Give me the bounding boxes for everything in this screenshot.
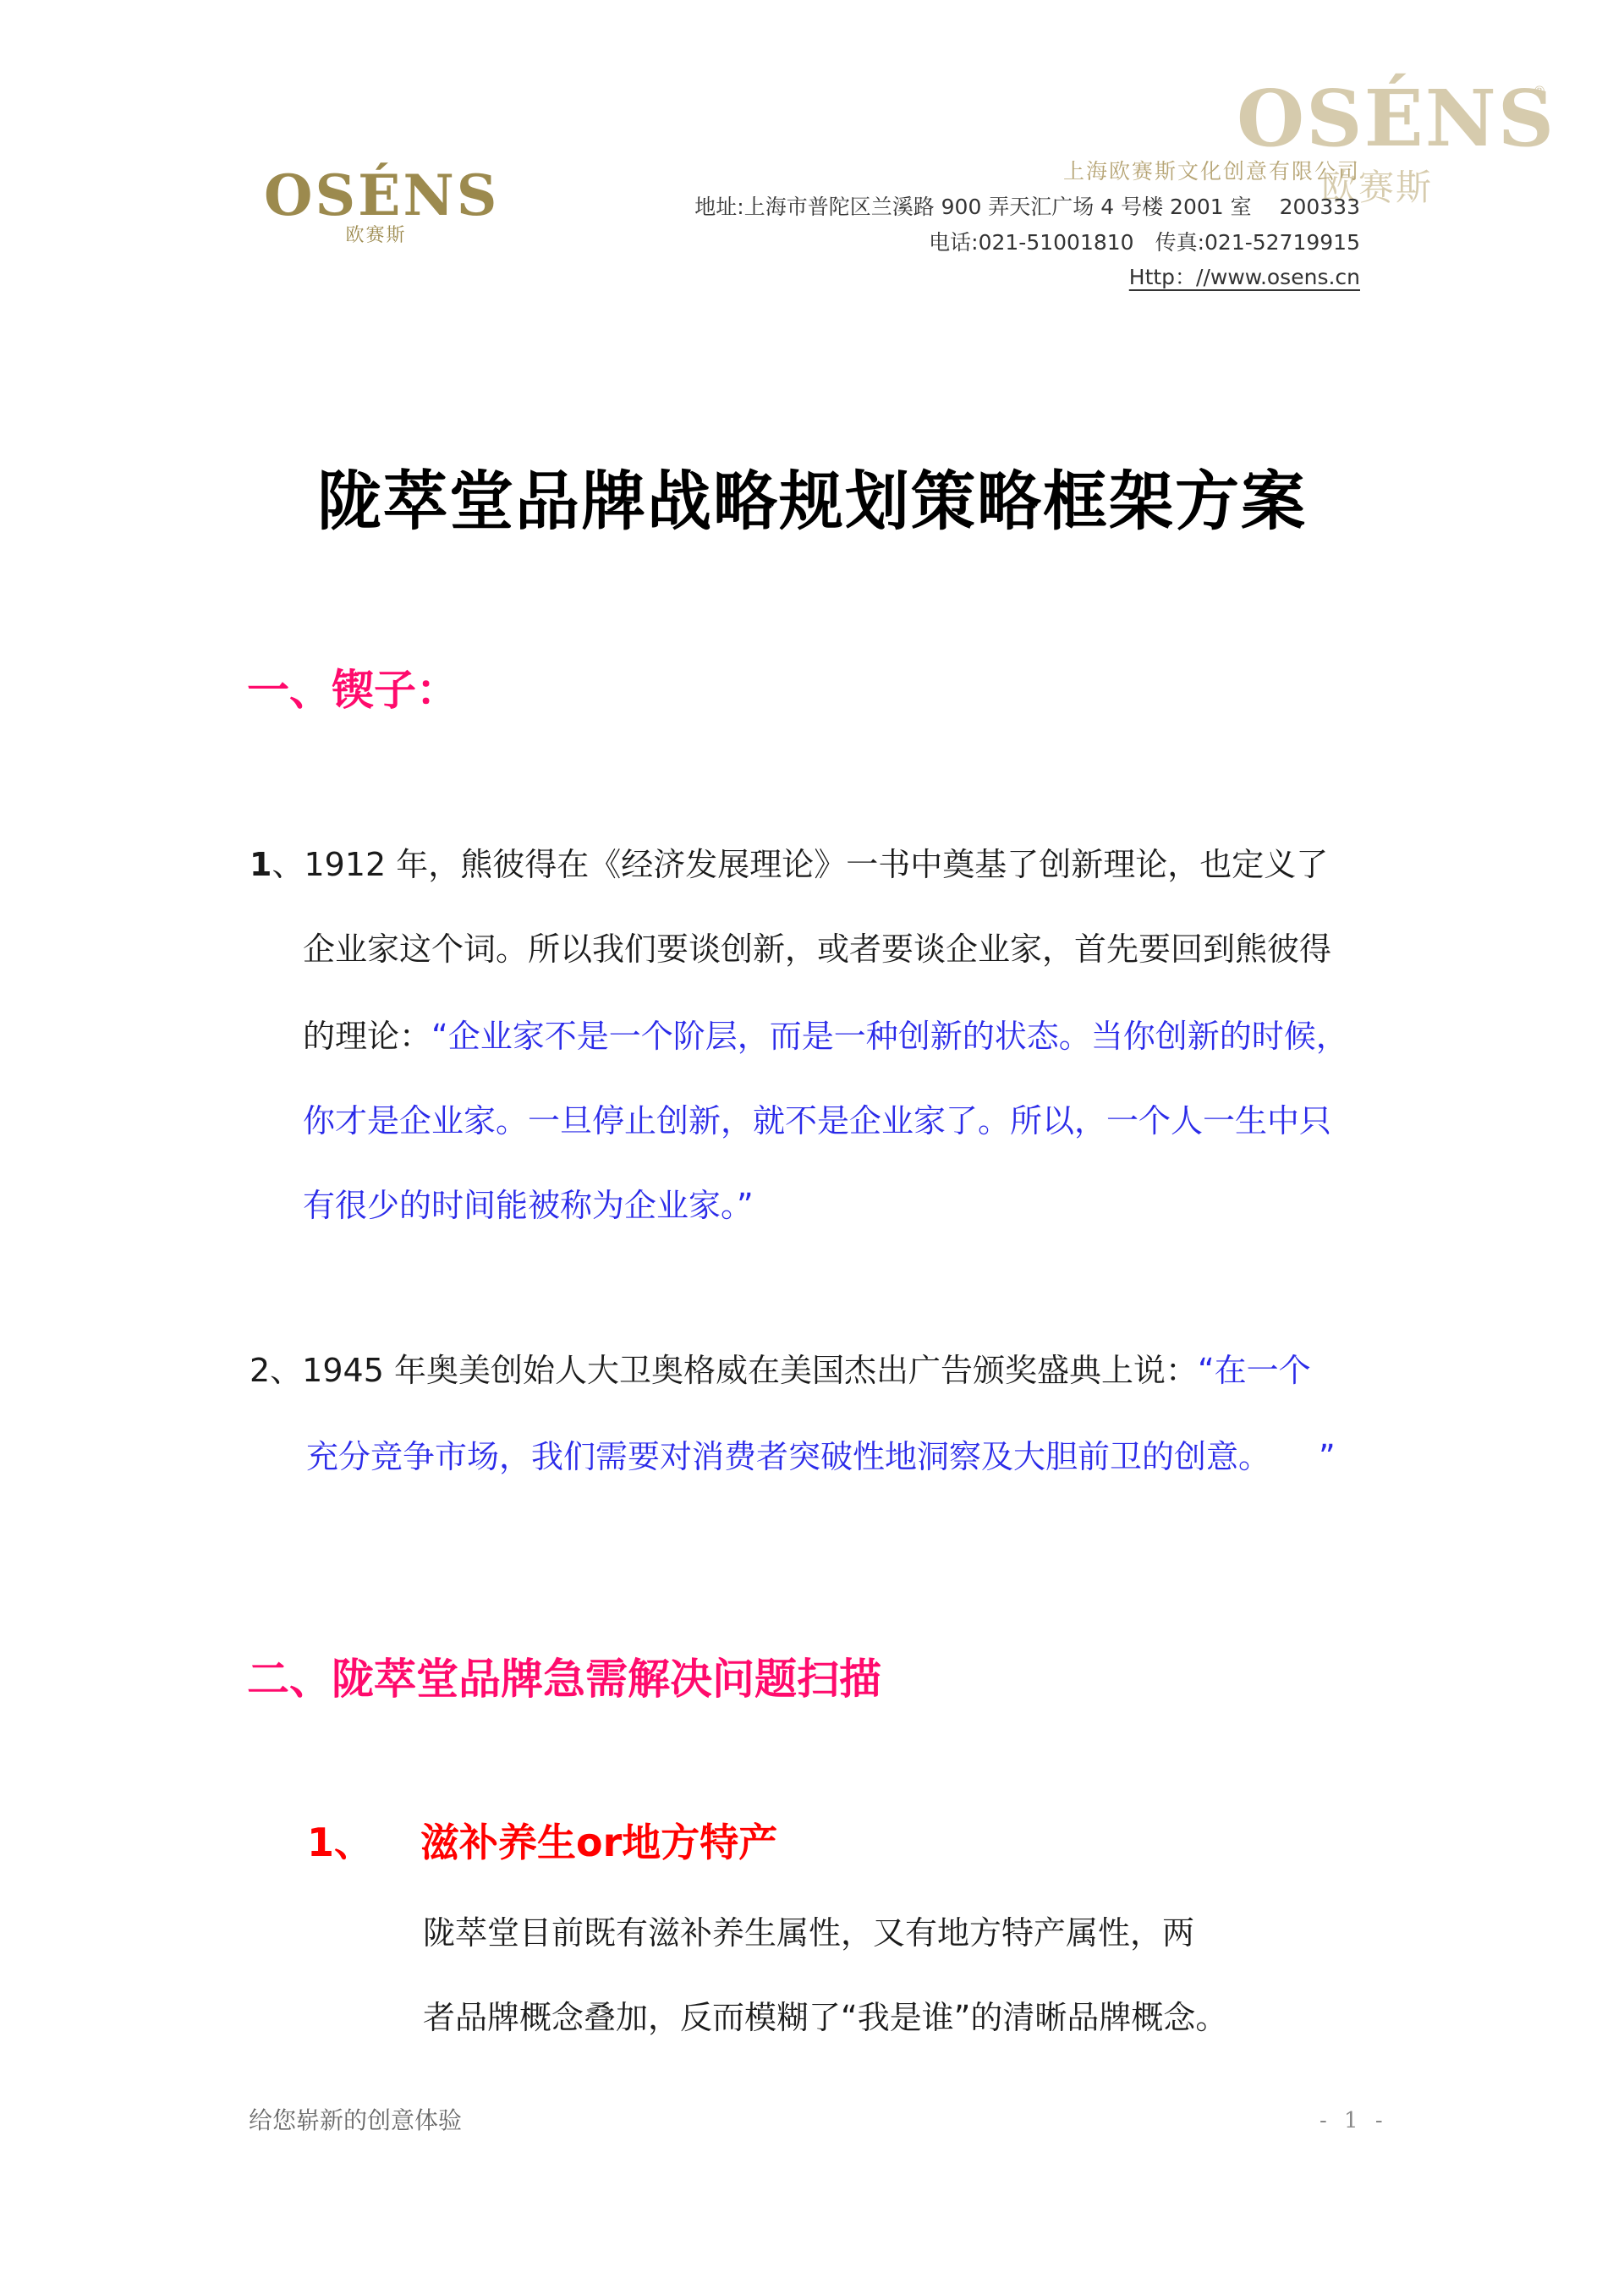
section-heading-1: 一、锲子： bbox=[247, 665, 458, 716]
line-text: 、1912 年，熊彼得在《经济发展理论》一书中奠基了创新理论，也定义了 bbox=[272, 846, 1328, 883]
line-text: 2、1945 年奥美创始人大卫奥格威在美国杰出广告颁奖盛典上说： bbox=[250, 1352, 1198, 1389]
footer-slogan: 给您崭新的创意体验 bbox=[249, 2106, 462, 2135]
subsection-title: 滋补养生or地方特产 bbox=[420, 1819, 777, 1866]
paragraph-1-line-3: 的理论：“企业家不是一个阶层，而是一种创新的状态。当你创新的时候， bbox=[303, 1017, 1348, 1056]
subsection-number: 1、 bbox=[307, 1819, 373, 1866]
line-text: 的理论： bbox=[303, 1018, 431, 1055]
paragraph-1-line-5: 有很少的时间能被称为企业家。” bbox=[303, 1186, 754, 1225]
quote-text: “企业家不是一个阶层，而是一种创新的状态。当你创新的时候， bbox=[431, 1018, 1348, 1055]
paragraph-1-line-2: 企业家这个词。所以我们要谈创新，或者要谈企业家，首先要回到熊彼得 bbox=[303, 930, 1331, 969]
paragraph-1-line-1: 1、1912 年，熊彼得在《经济发展理论》一书中奠基了创新理论，也定义了 bbox=[250, 845, 1328, 884]
subsection-body-line-2: 者品牌概念叠加，反而模糊了“我是谁”的清晰品牌概念。 bbox=[423, 1998, 1227, 2037]
registered-mark-icon: ® bbox=[1533, 83, 1546, 99]
company-phone-fax: 电话:021-51001810 传真:021-52719915 bbox=[929, 230, 1360, 255]
logo-wordmark: OSÉNS bbox=[264, 166, 488, 225]
paragraph-2-line-1: 2、1945 年奥美创始人大卫奥格威在美国杰出广告颁奖盛典上说：“在一个 bbox=[250, 1351, 1311, 1390]
watermark-wordmark: OSÉNS bbox=[1237, 78, 1541, 159]
company-address: 地址:上海市普陀区兰溪路 900 弄天汇广场 4 号楼 2001 室 20033… bbox=[694, 195, 1360, 220]
list-number: 1 bbox=[250, 846, 272, 883]
paragraph-1-line-4: 你才是企业家。一旦停止创新，就不是企业家了。所以，一个人一生中只 bbox=[303, 1101, 1331, 1140]
watermark-logo: OSÉNS ® 欧赛斯 bbox=[1237, 78, 1541, 159]
company-website-link[interactable]: Http：//www.osens.cn bbox=[1129, 265, 1360, 290]
quote-text: “在一个 bbox=[1198, 1352, 1311, 1389]
section-heading-2: 二、陇萃堂品牌急需解决问题扫描 bbox=[247, 1654, 881, 1705]
company-name: 上海欧赛斯文化创意有限公司 bbox=[1063, 159, 1360, 184]
page-number: - 1 - bbox=[1319, 2106, 1388, 2135]
subsection-body-line-1: 陇萃堂目前既有滋补养生属性，又有地方特产属性，两 bbox=[423, 1913, 1194, 1952]
paragraph-2-line-2: 充分竞争市场，我们需要对消费者突破性地洞察及大胆前卫的创意。 ” bbox=[306, 1437, 1336, 1476]
company-logo: OSÉNS 欧赛斯 bbox=[264, 166, 488, 247]
document-title: 陇萃堂品牌战略规划策略框架方案 bbox=[0, 464, 1624, 540]
